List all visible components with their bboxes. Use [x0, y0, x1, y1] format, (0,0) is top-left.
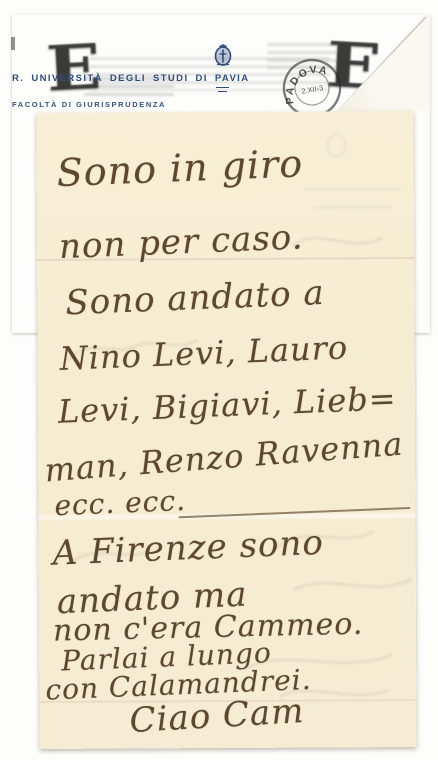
letterhead-divider: [218, 91, 227, 92]
university-crest-icon: [213, 43, 233, 67]
letter-front-page: Sono in giro non per caso. Sono andato a…: [36, 111, 416, 749]
scanned-letter: E E R. UNIVERSITÀ DEGLI STUDI DI PAVIA F…: [0, 0, 438, 760]
postmark-date: 2.XII-3: [301, 83, 324, 96]
franking-stamp-left: E: [45, 36, 103, 101]
paper-edge-mark: [11, 37, 15, 50]
handwriting-line: ecc. ecc.: [54, 484, 187, 522]
letterhead-divider: [216, 87, 229, 88]
